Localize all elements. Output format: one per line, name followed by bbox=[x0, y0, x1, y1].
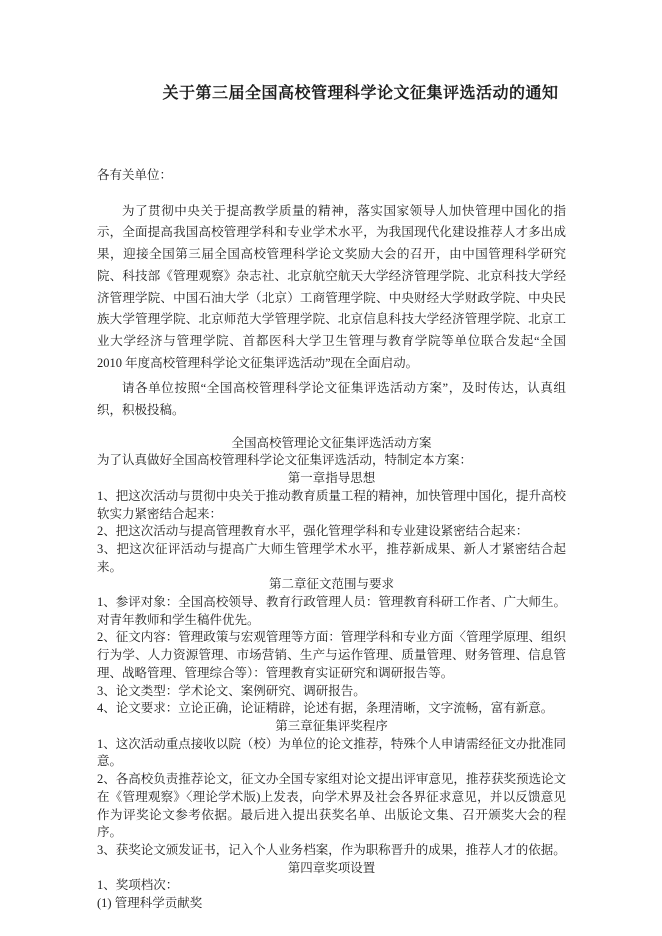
chapter-3-item-3: 3、获奖论文颁发证书，记入个人业务档案，作为职称晋升的成果，推荐人才的依据。 bbox=[97, 842, 566, 860]
plan-preamble: 为了认真做好全国高校管理科学论文征集评选活动，特制定本方案： bbox=[97, 452, 566, 470]
document-title: 关于第三届全国高校管理科学论文征集评选活动的通知 bbox=[97, 83, 566, 105]
chapter-4-heading: 第四章奖项设置 bbox=[97, 860, 566, 878]
chapter-1-item-1: 1、把这次活动与贯彻中央关于推动教育质量工程的精神，加快管理中国化，提升高校软实… bbox=[97, 488, 566, 523]
chapter-2-item-1: 1、参评对象：全国高校领导、教育行政管理人员：管理教育科研工作者、广大师生。对青… bbox=[97, 594, 566, 629]
chapter-4-item-2: (1) 管理科学贡献奖 bbox=[97, 895, 566, 913]
chapter-1-item-2: 2、把这次活动与提高管理教育水平，强化管理学科和专业建设紧密结合起来： bbox=[97, 523, 566, 541]
document-page: 关于第三届全国高校管理科学论文征集评选活动的通知 各有关单位： 为了贯彻中央关于… bbox=[0, 0, 662, 936]
chapter-2-item-2: 2、征文内容：管理政策与宏观管理等方面：管理学科和专业方面〈管理学原理、组织行为… bbox=[97, 629, 566, 682]
chapter-3-heading: 第三章征集评奖程序 bbox=[97, 718, 566, 736]
plan-section: 全国高校管理论文征集评选活动方案 为了认真做好全国高校管理科学论文征集评选活动，… bbox=[97, 435, 566, 913]
intro-paragraph-2: 请各单位按照“全国高校管理科学论文征集评选活动方案”，及时传达，认真组织，积极投… bbox=[97, 378, 566, 421]
plan-title: 全国高校管理论文征集评选活动方案 bbox=[97, 435, 566, 453]
chapter-3-item-2: 2、各高校负责推荐论文，征文办全国专家组对论文提出评审意见，推荐获奖预选论文在《… bbox=[97, 771, 566, 842]
chapter-2-heading: 第二章征文范围与要求 bbox=[97, 576, 566, 594]
intro-paragraph-1: 为了贯彻中央关于提高教学质量的精神，落实国家领导人加快管理中国化的指示，全面提高… bbox=[97, 201, 566, 375]
chapter-2-item-4: 4、论文要求：立论正确，论证精辟，论述有据，条理清晰，文字流畅，富有新意。 bbox=[97, 700, 566, 718]
chapter-4-item-1: 1、奖项档次： bbox=[97, 877, 566, 895]
chapter-1-heading: 第一章指导思想 bbox=[97, 470, 566, 488]
chapter-1-item-3: 3、把这次征评活动与提高广大师生管理学术水平，推荐新成果、新人才紧密结合起来。 bbox=[97, 541, 566, 576]
chapter-2-item-3: 3、论文类型：学术论文、案例研究、调研报告。 bbox=[97, 683, 566, 701]
chapter-3-item-1: 1、这次活动重点接收以院（校）为单位的论文推荐，特殊个人申请需经征文办批准同意。 bbox=[97, 736, 566, 771]
salutation: 各有关单位： bbox=[97, 165, 566, 187]
